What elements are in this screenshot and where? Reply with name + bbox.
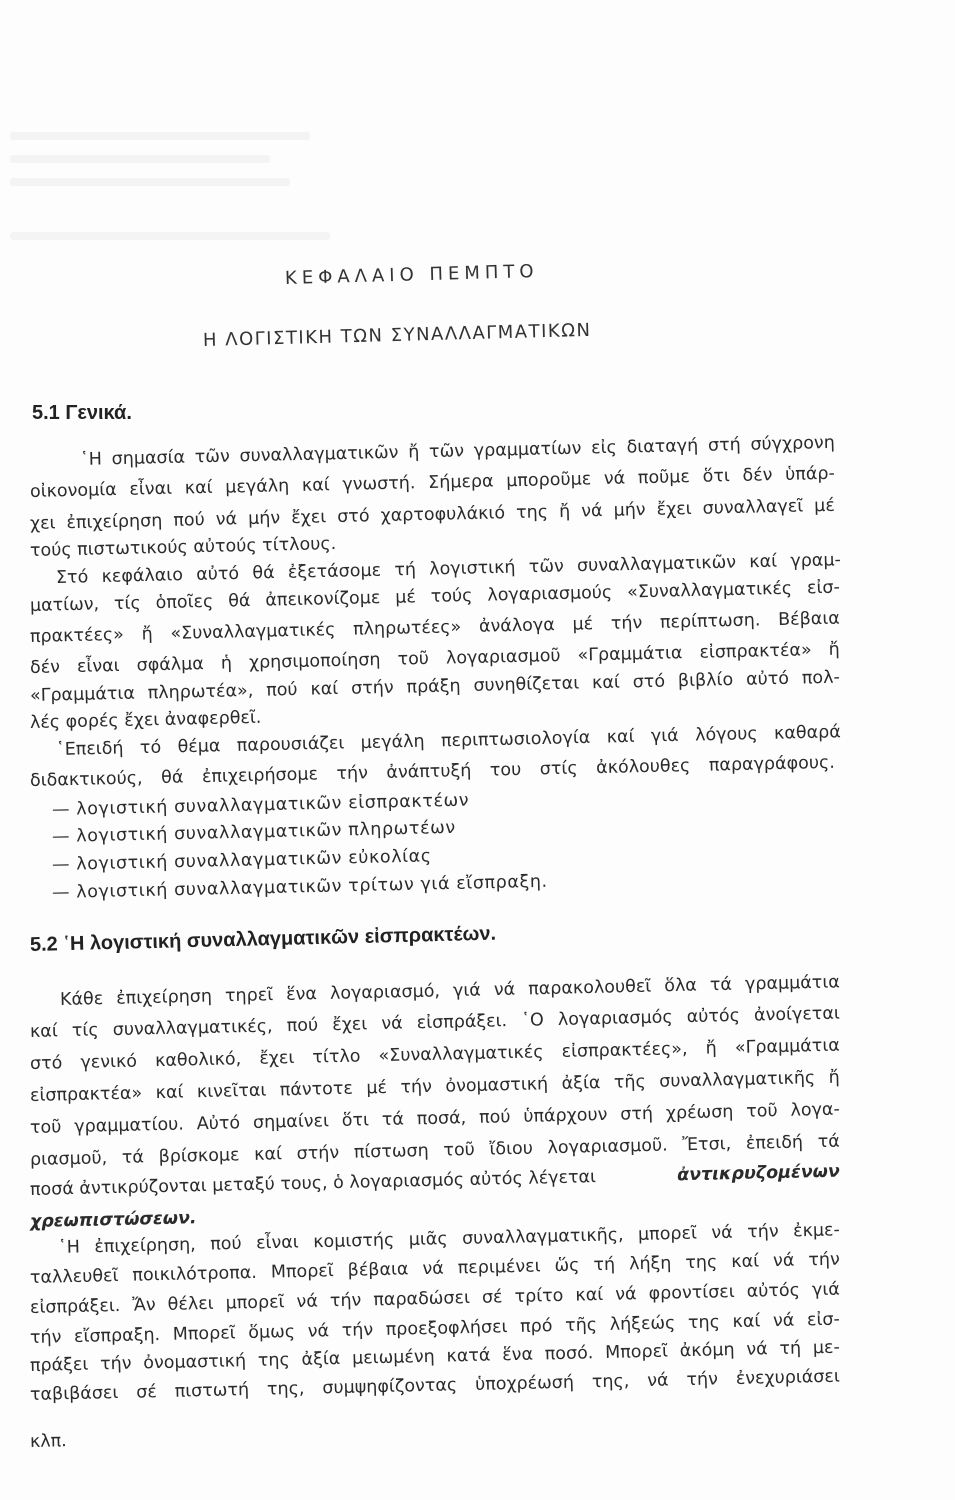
- list-item: — λογιστική συναλλαγματικῶν τρίτων γιά ε…: [52, 872, 548, 903]
- paragraph-line-with-emphasis: ποσά ἀντικρύζονται μεταξύ τους, ὁ λογαρι…: [30, 1162, 840, 1200]
- paragraph-line: χει ἐπιχείρηση πού νά μήν ἔχει στό χαρτο…: [30, 496, 835, 534]
- emphasis-term: χρεωπιστώσεων.: [30, 1208, 197, 1232]
- page-content: ΚΕΦΑΛΑΙΟ ΠΕΜΠΤΟ Η ΛΟΓΙΣΤΙΚΗ ΤΩΝ ΣΥΝΑΛΛΑΓ…: [0, 0, 955, 1500]
- paragraph-line: οἰκονομία εἶναι καί μεγάλη καί γνωστή. Σ…: [30, 464, 835, 502]
- paragraph-line: ῾Η σημασία τῶν συναλλαγματικῶν ἤ τῶν γρα…: [80, 433, 835, 470]
- paragraph-text: ποσά ἀντικρύζονται μεταξύ τους, ὁ λογαρι…: [30, 1167, 596, 1200]
- emphasis-term: ἀντικρυζομένων: [677, 1162, 840, 1186]
- chapter-title: Η ΛΟΓΙΣΤΙΚΗ ΤΩΝ ΣΥΝΑΛΛΑΓΜΑΤΙΚΩΝ: [203, 320, 592, 351]
- paragraph-line: τοῦ γραμματίου. Αὐτό σημαίνει ὅτι τά ποσ…: [30, 1100, 840, 1138]
- paragraph-line: λές φορές ἔχει ἀναφερθεῖ.: [30, 708, 262, 733]
- paragraph-line: εἰσπρακτέα» καί κινεῖται πάντοτε μέ τήν …: [30, 1068, 840, 1106]
- paragraph-line: Κάθε ἐπιχείρηση τηρεῖ ἕνα λογαριασμό, γι…: [60, 972, 840, 1010]
- paragraph-line: καί τίς συναλλαγματικές, πού ἔχει νά εἰσ…: [30, 1004, 840, 1042]
- section-heading-5-2: 5.2 ῾Η λογιστική συναλλαγματικῶν εἰσπρακ…: [30, 923, 497, 957]
- scanned-page: ΚΕΦΑΛΑΙΟ ΠΕΜΠΤΟ Η ΛΟΓΙΣΤΙΚΗ ΤΩΝ ΣΥΝΑΛΛΑΓ…: [0, 0, 955, 1500]
- paragraph-line: πρακτέες» ἤ «Συναλλαγματικές πληρωτέες» …: [30, 609, 840, 647]
- list-item: — λογιστική συναλλαγματικῶν πληρωτέων: [52, 818, 456, 847]
- paragraph-line: τούς πιστωτικούς αὐτούς τίτλους.: [30, 534, 337, 561]
- paragraph-line: κλπ.: [30, 1431, 67, 1452]
- list-item: — λογιστική συναλλαγματικῶν εἰσπρακτέων: [52, 791, 470, 820]
- chapter-label: ΚΕΦΑΛΑΙΟ ΠΕΜΠΤΟ: [285, 261, 539, 289]
- paragraph-line: διδακτικούς, θά ἐπιχειρήσομε τήν ἀνάπτυξ…: [30, 753, 835, 791]
- list-item: — λογιστική συναλλαγματικῶν εὐκολίας: [52, 846, 432, 875]
- section-heading-5-1: 5.1 Γενικά.: [32, 402, 132, 425]
- paragraph-line: στό γενικό καθολικό, ἔχει τίτλο «Συναλλα…: [30, 1036, 840, 1074]
- paragraph-line: χρεωπιστώσεων.: [30, 1208, 197, 1232]
